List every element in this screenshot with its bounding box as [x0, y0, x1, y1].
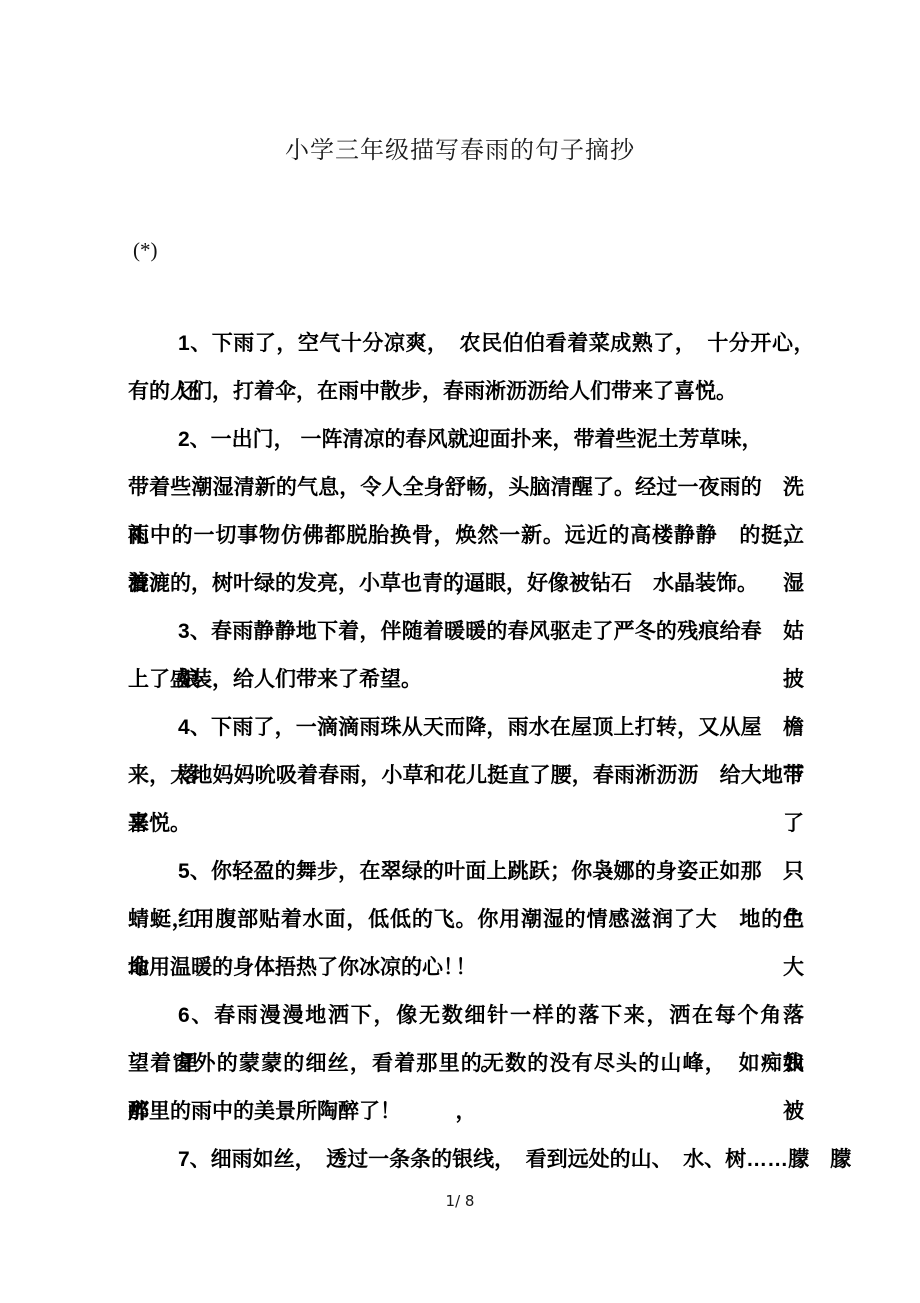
- text-line: 1、下雨了，空气十分凉爽， 农民伯伯看着菜成熟了， 十分开心， 还: [128, 320, 804, 368]
- text-line: 漉漉的，树叶绿的发亮，小草也青的逼眼，好像被钻石 水晶装饰。: [128, 560, 804, 608]
- text-line: 6、春雨漫漫地洒下，像无数细针一样的落下来，洒在每个角落 里。我: [128, 992, 804, 1040]
- text-line: 2、一出门， 一阵清凉的春风就迎面扑来，带着些泥土芳草味，: [128, 416, 804, 464]
- text-line: 4、下雨了，一滴滴雨珠从天而降，雨水在屋顶上打转，又从屋 檐落下: [128, 704, 804, 752]
- document-page: 小学三年级描写春雨的句子摘抄 (*) 1、下雨了，空气十分凉爽， 农民伯伯看着菜…: [0, 0, 920, 1303]
- page-title: 小学三年级描写春雨的句子摘抄: [0, 130, 920, 165]
- text-line: 蜻蜓，用腹部贴着水面，低低的飞。你用潮湿的情感滋润了大 地的生命！大: [128, 896, 804, 944]
- text-line: 5、你轻盈的舞步，在翠绿的叶面上跳跃；你袅娜的身姿正如那 只红色: [128, 848, 804, 896]
- page-number: 1/ 8: [0, 1192, 920, 1210]
- text-line: 3、春雨静静地下着，伴随着暖暖的春风驱走了严冬的残痕给春 姑娘披: [128, 608, 804, 656]
- text-line: 来，大地妈妈吮吸着春雨，小草和花儿挺直了腰，春雨淅沥沥 给大地带来了: [128, 752, 804, 800]
- text-line: 7、细雨如丝， 透过一条条的银线， 看到远处的山、 水、树……朦 朦: [128, 1136, 804, 1184]
- text-line: 有的人们，打着伞，在雨中散步，春雨淅沥沥给人们带来了喜悦。: [128, 368, 804, 416]
- document-body: 1、下雨了，空气十分凉爽， 农民伯伯看着菜成熟了， 十分开心， 还 有的人们，打…: [128, 320, 804, 1184]
- asterisk-marker: (*): [133, 238, 158, 263]
- text-line: 带着些潮湿清新的气息，令人全身舒畅，头脑清醒了。经过一夜雨的 洗礼，: [128, 464, 804, 512]
- text-line: 望着窗外的蒙蒙的细丝，看着那里的无数的没有尽头的山峰， 如痴如醉，被: [128, 1040, 804, 1088]
- text-line: 雨中的一切事物仿佛都脱胎换骨，焕然一新。远近的高楼静静 的挺立着，湿: [128, 512, 804, 560]
